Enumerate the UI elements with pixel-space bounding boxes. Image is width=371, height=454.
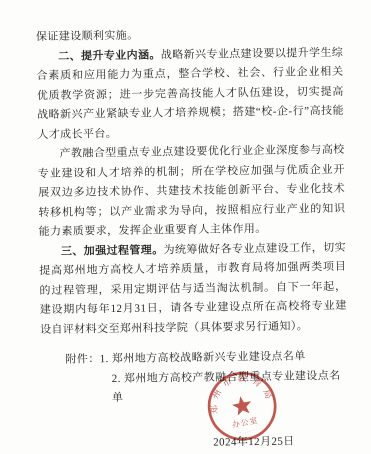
paragraph-section-3: 三、加强过程管理。为统筹做好各专业点建设工作，切实提高郑州地方高校人才培养质量，… <box>39 238 347 340</box>
paragraph-text: 产教融合型重点专业点建设要优化行业企业深度参与高校专业建设和人才培养的机制；所在… <box>38 144 346 238</box>
document-content: 保证建设顺利实施。 二、提升专业内涵。战略新兴专业点建设要以提升学生综合素质和应… <box>0 0 371 454</box>
attachment-line-2: 2. 郑州地方高校产教融合型重点专业建设点名单 <box>112 366 349 408</box>
attachment-item-2: 2. 郑州地方高校产教融合型重点专业建设点名单 <box>112 369 341 404</box>
document-page: 保证建设顺利实施。 二、提升专业内涵。战略新兴专业点建设要以提升学生综合素质和应… <box>0 0 371 454</box>
attachment-item-1: 1. 郑州地方高校战略新兴专业建设点名单 <box>100 350 306 365</box>
paragraph-industry-education: 产教融合型重点专业点建设要优化行业企业深度参与高校专业建设和人才培养的机制；所在… <box>37 141 345 243</box>
attachments-block: 附件：1. 郑州地方高校战略新兴专业建设点名单 2. 郑州地方高校产教融合型重点… <box>40 347 348 410</box>
attachments-label: 附件： <box>65 353 99 365</box>
section-heading: 三、加强过程管理。 <box>61 244 164 257</box>
seal-office-text: 办公室 <box>231 415 259 430</box>
paragraph-text: 保证建设顺利实施。 <box>36 30 139 43</box>
section-heading: 二、提升专业内涵。 <box>58 49 161 62</box>
document-date: 2024年12月25日 <box>42 431 349 454</box>
paragraph-section-2: 二、提升专业内涵。战略新兴专业点建设要以提升学生综合素质和应用能力为重点，整合学… <box>36 43 344 145</box>
